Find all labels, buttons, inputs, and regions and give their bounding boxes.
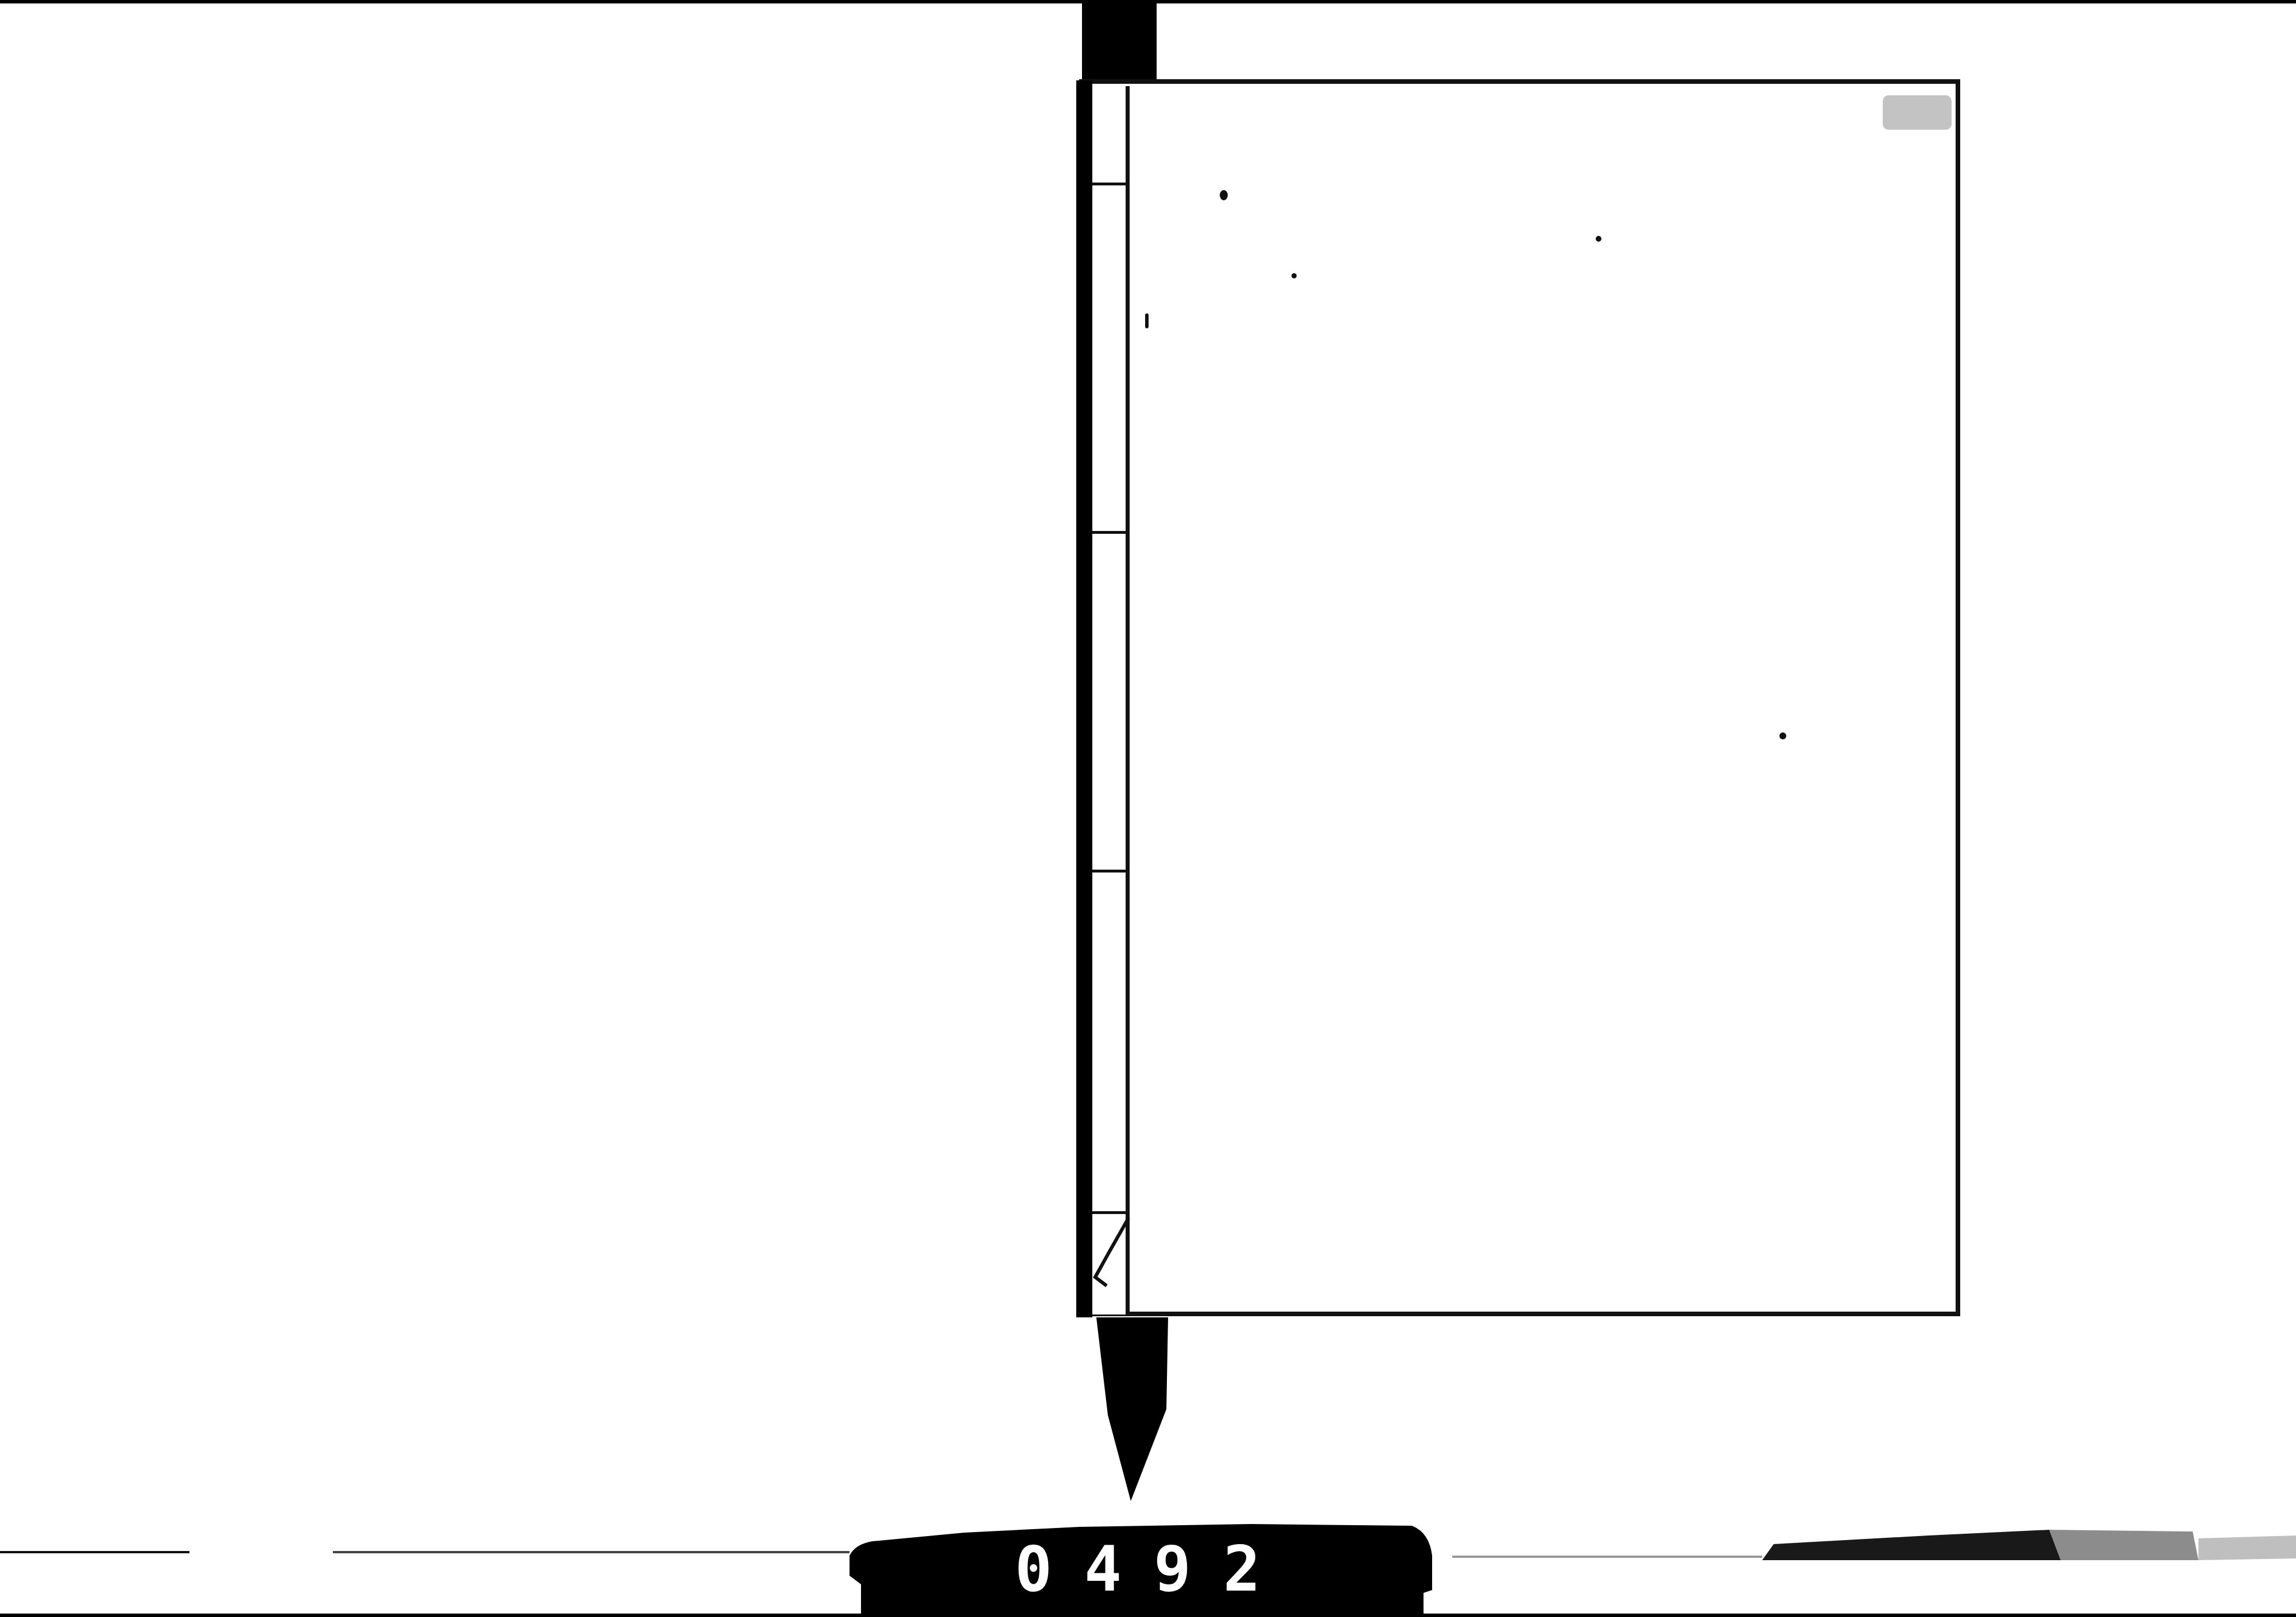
- bottom-border-rule: [0, 1614, 2296, 1617]
- cover-corner-wear: [1883, 95, 1952, 130]
- cover-blemish: [1220, 190, 1228, 200]
- spine-inner-strip: [1092, 86, 1130, 1314]
- binding-stitch: [1092, 531, 1130, 534]
- spine-top-tab: [1082, 0, 1157, 83]
- pointer-marker: [1096, 1317, 1168, 1501]
- cover-blemish: [1596, 236, 1601, 242]
- binding-stitch: [1092, 870, 1130, 873]
- book-cover: [1079, 79, 1960, 1316]
- book-scan: [0, 0, 2296, 1617]
- scan-smudge: [1452, 1527, 2296, 1561]
- cover-blemish: [1291, 273, 1297, 278]
- binding-corner-thread: [1092, 1211, 1133, 1314]
- cover-blemish: [1779, 732, 1786, 739]
- frame-number: 0492: [850, 1534, 1435, 1606]
- spine-band: [1076, 80, 1092, 1317]
- binding-stitch: [1092, 183, 1130, 185]
- scan-edge-line: [0, 1551, 189, 1553]
- cover-blemish: [1145, 313, 1149, 328]
- scan-edge-line: [333, 1551, 850, 1553]
